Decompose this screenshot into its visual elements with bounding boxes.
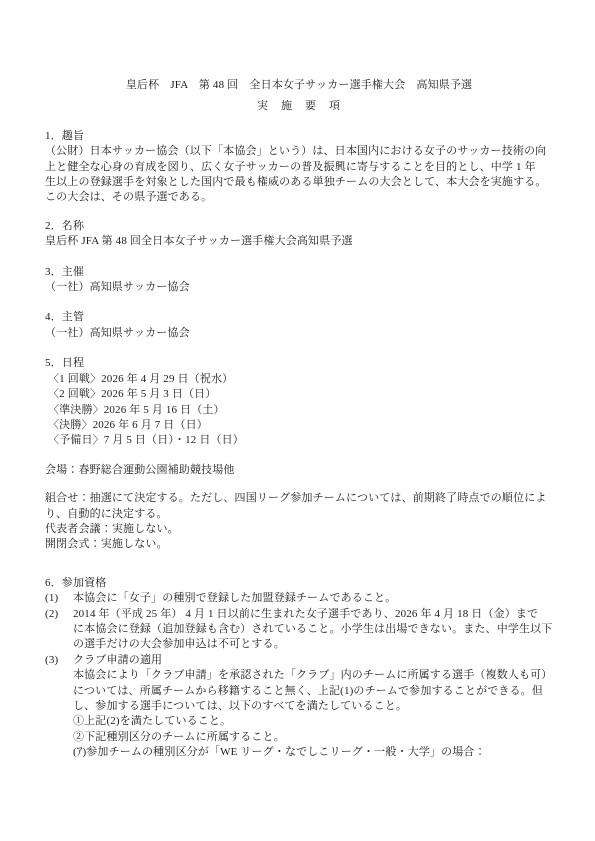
doc-title: 皇后杯 JFA 第 48 回 全日本女子サッカー選手権大会 高知県予選 [45, 78, 553, 93]
section-eligibility-heading: 6．参加資格 [45, 576, 553, 591]
section-name-heading: 2．名称 [45, 219, 553, 234]
club-application-text: 本協会により「クラブ申請」を承認された「クラブ」内のチームに所属する選手（複数人… [73, 668, 553, 683]
schedule-round: 〈1 回戦〉2026 年 4 月 29 日（祝水） [45, 372, 553, 387]
section-manage-heading: 4．主管 [45, 310, 553, 325]
pairing-line: り、自動的に決定する。 [45, 507, 553, 522]
schedule-round: 〈準決勝〉2026 年 5 月 16 日（土） [45, 403, 553, 418]
schedule-round: 〈2 回戦〉2026 年 5 月 3 日（日） [45, 387, 553, 402]
eligibility-item-text: の選手だけの大会参加申込は不可とする。 [73, 637, 553, 652]
host-name: （一社）高知県サッカー協会 [45, 280, 553, 295]
manage-name: （一社）高知県サッカー協会 [45, 326, 553, 341]
ceremony-line: 開閉会式：実施しない。 [45, 537, 553, 552]
club-application-title: クラブ申請の適用 [73, 653, 553, 668]
club-application-text: し、参加する選手については、以下のすべてを満たしていること。 [73, 699, 553, 714]
club-condition-2: ②下記種別区分のチームに所属すること。 [73, 730, 553, 745]
purpose-line: 生以上の登録選手を対象とした国内で最も権威のある単独チームの大会として、本大会を… [45, 175, 553, 190]
club-application-text: については、所属チームから移籍すること無く、上記(1)のチームで参加することがで… [73, 684, 553, 699]
doc-subtitle: 実 施 要 項 [45, 99, 553, 114]
eligibility-item-3: (3) クラブ申請の適用 本協会により「クラブ申請」を承認された「クラブ」内のチ… [45, 653, 553, 761]
purpose-line: この大会は、その県予選である。 [45, 190, 553, 205]
schedule-round: 〈決勝〉2026 年 6 月 7 日（日） [45, 418, 553, 433]
eligibility-item-text: 本協会に「女子」の種別で登録した加盟登録チームであること。 [73, 591, 553, 606]
club-condition-category: (ｱ)参加チームの種別区分が「WE リーグ・なでしこリーグ・一般・大学」の場合： [73, 745, 553, 760]
eligibility-item-text: に本協会に登録（追加登録も含む）されていること。小学生は出場できない。また、中学… [73, 622, 553, 637]
item-marker: (3) [45, 653, 73, 668]
item-marker: (1) [45, 591, 73, 606]
eligibility-item-1: (1) 本協会に「女子」の種別で登録した加盟登録チームであること。 [45, 591, 553, 606]
eligibility-item-text: 2014 年（平成 25 年） 4 月 1 日以前に生まれた女子選手であり、20… [73, 607, 553, 622]
tournament-name: 皇后杯 JFA 第 48 回全日本女子サッカー選手権大会高知県予選 [45, 234, 553, 249]
pairing-line: 組合せ：抽選にて決定する。ただし、四国リーグ参加チームについては、前期終了時点で… [45, 491, 553, 506]
schedule-round: 〈予備日〉7 月 5 日（日）・12 日（日） [45, 433, 553, 448]
item-marker: (2) [45, 607, 73, 622]
document-page: 皇后杯 JFA 第 48 回 全日本女子サッカー選手権大会 高知県予選 実 施 … [0, 0, 595, 841]
section-purpose-heading: 1．趣旨 [45, 129, 553, 144]
purpose-line: 上と健全な心身の育成を図り、広く女子サッカーの普及振興に寄与することを目的とし、… [45, 160, 553, 175]
club-condition-1: ①上記(2)を満たしていること。 [73, 714, 553, 729]
venue-line: 会場：春野総合運動公園補助競技場他 [45, 463, 553, 478]
purpose-line: （公財）日本サッカー協会（以下「本協会」という）は、日本国内における女子のサッカ… [45, 144, 553, 159]
rep-meeting-line: 代表者会議：実施しない。 [45, 522, 553, 537]
eligibility-item-2: (2) 2014 年（平成 25 年） 4 月 1 日以前に生まれた女子選手であ… [45, 607, 553, 653]
section-host-heading: 3．主催 [45, 265, 553, 280]
section-schedule-heading: 5．日程 [45, 356, 553, 371]
